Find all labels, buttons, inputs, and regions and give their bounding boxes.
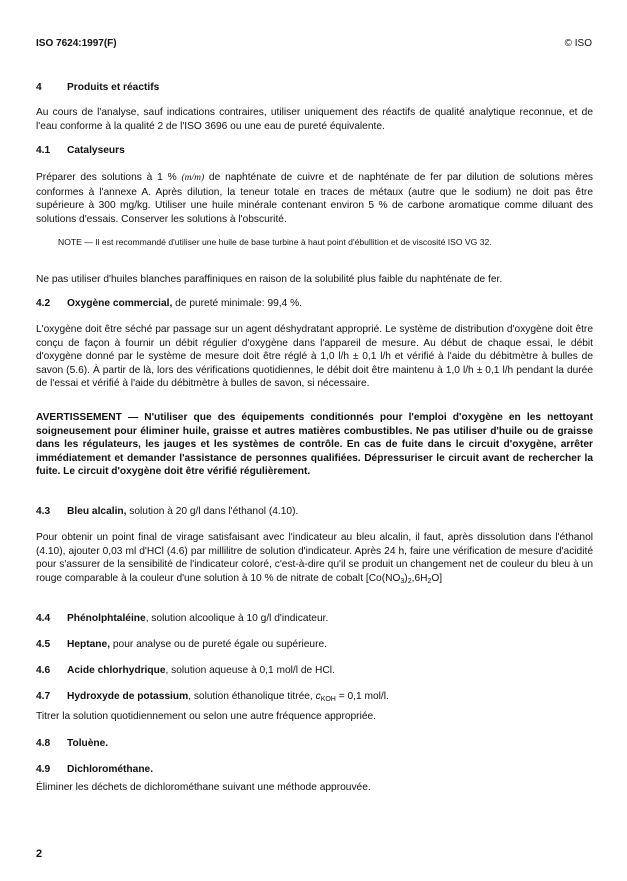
section-4-9-paragraph: Éliminer les déchets de dichlorométhane … — [36, 781, 593, 795]
section-description: , solution alcoolique à 10 g/l d'indicat… — [146, 613, 329, 624]
section-4-2-paragraph: L'oxygène doit être séché par passage su… — [36, 323, 593, 391]
section-number: 4.7 — [36, 691, 67, 702]
page-number: 2 — [36, 848, 42, 860]
section-number: 4.5 — [36, 639, 67, 650]
section-4-4: 4.4Phénolphtaléine, solution alcoolique … — [36, 613, 328, 624]
section-title: Catalyseurs — [67, 145, 125, 156]
section-4-1-paragraph: Préparer des solutions à 1 % (m/m) de na… — [36, 171, 593, 226]
subscript: KOH — [321, 696, 336, 703]
note: NOTE — Il est recommandé d'utiliser une … — [58, 236, 593, 248]
section-4-intro: Au cours de l'analyse, sauf indications … — [36, 106, 593, 133]
text-run: Pour obtenir un point final de virage sa… — [36, 532, 593, 584]
section-4-8-heading: 4.8Toluène. — [36, 738, 108, 749]
section-4-5: 4.5Heptane, pour analyse ou de pureté ég… — [36, 639, 327, 650]
copyright-label: © ISO — [565, 38, 592, 49]
section-number: 4.8 — [36, 738, 67, 749]
section-title: Toluène. — [67, 738, 108, 749]
section-description: , solution aqueuse à 0,1 mol/l de HCl. — [166, 665, 335, 676]
warning-block: AVERTISSEMENT — N'utiliser que des équip… — [36, 411, 593, 479]
section-4-6: 4.6Acide chlorhydrique, solution aqueuse… — [36, 665, 335, 676]
section-title: Acide chlorhydrique — [67, 665, 166, 676]
text-run: Préparer des solutions à 1 % — [36, 172, 181, 183]
text-run: ,6H — [412, 573, 428, 584]
section-number: 4.3 — [36, 506, 67, 517]
mass-fraction-unit: (m/m) — [181, 173, 204, 183]
section-description: , solution éthanolique titrée, — [188, 691, 315, 702]
section-4-3-heading: 4.3Bleu alcalin, solution à 20 g/l dans … — [36, 506, 298, 517]
section-4-1-heading: 4.1Catalyseurs — [36, 145, 125, 156]
section-title: Bleu alcalin, — [67, 506, 126, 517]
section-description: pour analyse ou de pureté égale ou supér… — [110, 639, 327, 650]
section-4-7-paragraph: Titrer la solution quotidiennement ou se… — [36, 710, 593, 724]
section-4-2-heading: 4.2Oxygène commercial, de pureté minimal… — [36, 298, 302, 309]
section-title: Produits et réactifs — [67, 82, 159, 93]
section-title: Hydroxyde de potassium — [67, 691, 188, 702]
section-number: 4.1 — [36, 145, 67, 156]
section-number: 4.2 — [36, 298, 67, 309]
section-4-9-heading: 4.9Dichlorométhane. — [36, 764, 153, 775]
section-number: 4 — [36, 82, 67, 93]
section-description: solution à 20 g/l dans l'éthanol (4.10). — [126, 506, 298, 517]
section-4-1-after-note: Ne pas utiliser d'huiles blanches paraff… — [36, 273, 593, 287]
concentration-value: = 0,1 mol/l. — [336, 691, 389, 702]
standard-id: ISO 7624:1997(F) — [36, 38, 117, 49]
section-number: 4.9 — [36, 764, 67, 775]
section-4-3-paragraph: Pour obtenir un point final de virage sa… — [36, 531, 593, 588]
section-description: de pureté minimale: 99,4 %. — [172, 298, 302, 309]
section-number: 4.6 — [36, 665, 67, 676]
section-title: Dichlorométhane. — [67, 764, 153, 775]
section-title: Heptane, — [67, 639, 110, 650]
section-title: Oxygène commercial, — [67, 298, 172, 309]
section-title: Phénolphtaléine — [67, 613, 146, 624]
text-run: O] — [431, 573, 442, 584]
section-4-heading: 4Produits et réactifs — [36, 82, 159, 93]
section-4-7: 4.7Hydroxyde de potassium, solution étha… — [36, 691, 389, 703]
section-number: 4.4 — [36, 613, 67, 624]
